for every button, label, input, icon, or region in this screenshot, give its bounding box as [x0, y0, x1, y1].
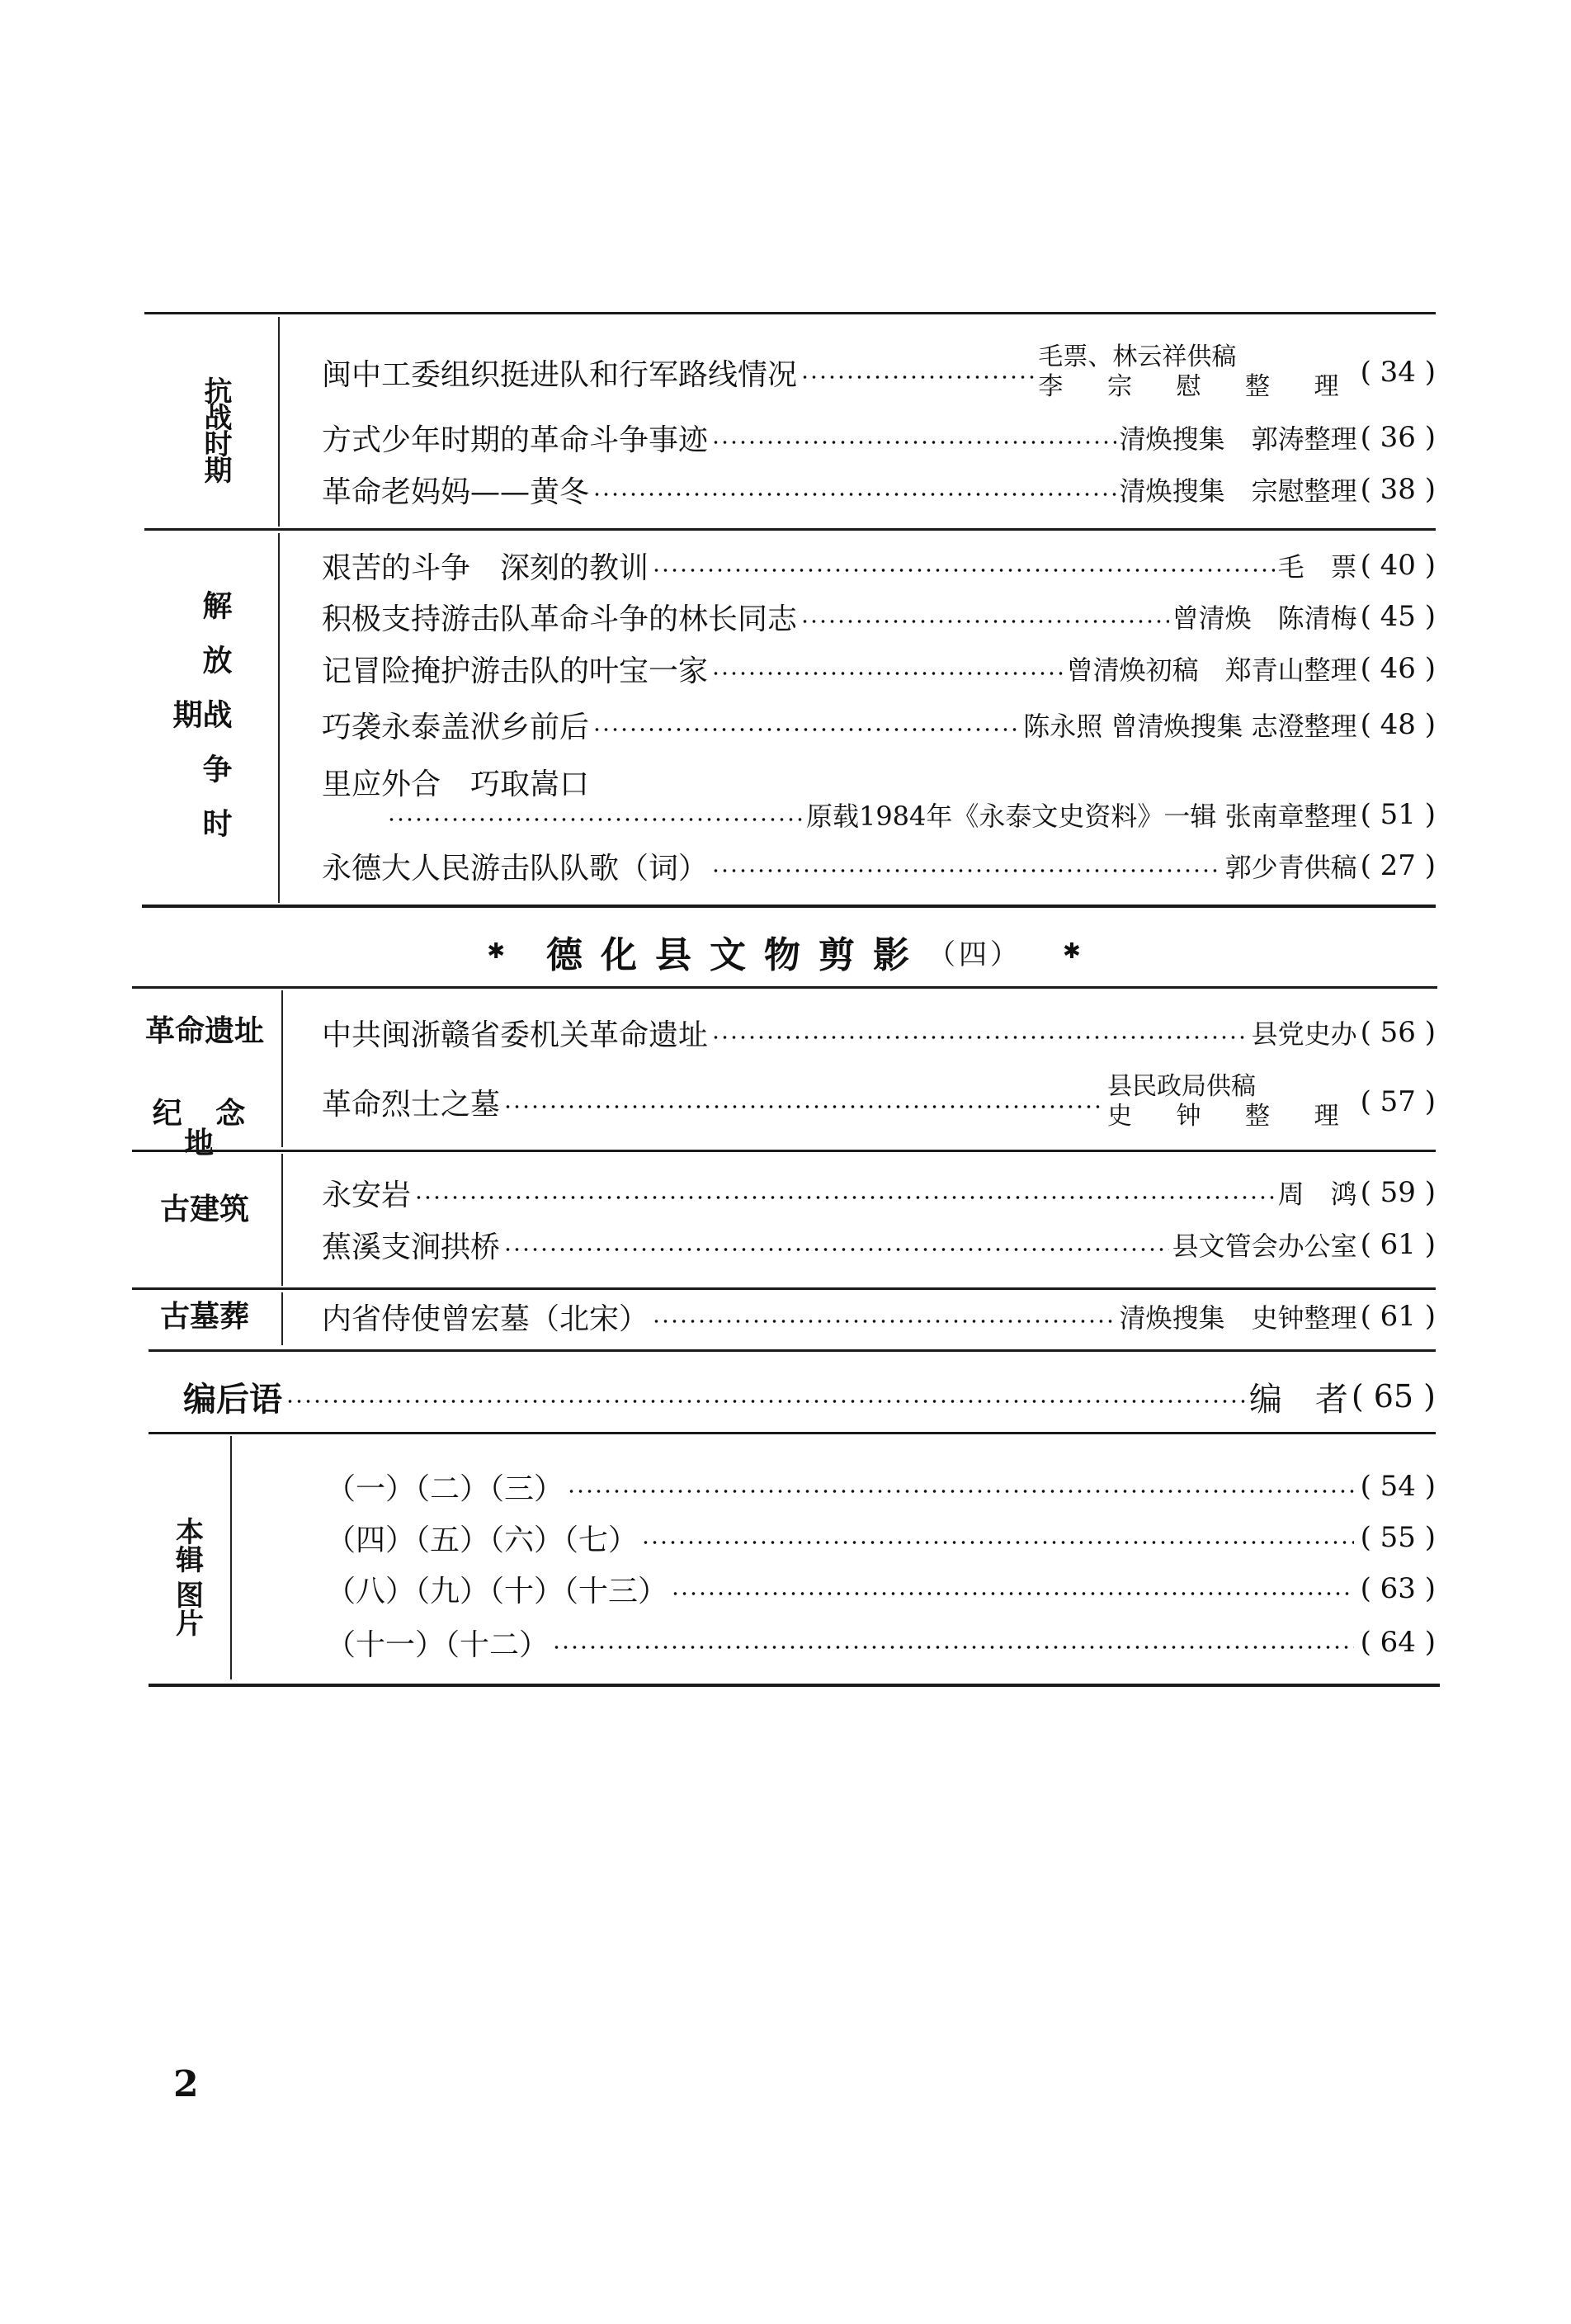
- page-number: ( 27 ): [1361, 849, 1436, 882]
- section-rule: [149, 1349, 1436, 1352]
- entry-author: 清焕搜集 史钟整理: [1120, 1297, 1357, 1335]
- category-pictures-line1: 本 辑: [149, 1519, 231, 1575]
- banner-title: 德化县文物剪影: [546, 925, 927, 978]
- page-number: ( 63 ): [1361, 1572, 1436, 1605]
- dot-leader: [652, 568, 1275, 573]
- dot-leader: [800, 375, 1035, 380]
- banner-rule: [132, 986, 1437, 989]
- toc-entry-afterword[interactable]: 编后语 编 者 ( 65 ): [183, 1373, 1436, 1419]
- entry-author: 原载1984年《永泰文史资料》一辑 张南章整理: [806, 796, 1357, 834]
- toc-entry[interactable]: 艰苦的斗争 深刻的教训 毛 票 ( 40 ): [322, 545, 1436, 586]
- relics-banner: ✱ 德化县文物剪影 （四） ✱: [413, 923, 1155, 980]
- entry-title: 积极支持游击队革命斗争的林长同志: [322, 596, 797, 638]
- dot-leader: [711, 868, 1222, 873]
- section-rule: [144, 528, 1436, 531]
- dot-leader: [592, 727, 1020, 732]
- page-number: ( 45 ): [1361, 600, 1436, 633]
- dot-leader: [671, 1591, 1354, 1596]
- section-rule: [132, 1150, 1436, 1152]
- toc-entry[interactable]: 革命老妈妈——黄冬 清焕搜集 宗慰整理 ( 38 ): [322, 469, 1436, 510]
- page-number: ( 61 ): [1361, 1300, 1436, 1333]
- entry-title: 永德大人民游击队队歌（词）: [322, 845, 708, 887]
- dot-leader: [711, 440, 1116, 445]
- toc-entry[interactable]: （一）（二）（三） ( 54 ): [326, 1466, 1436, 1507]
- dot-leader: [641, 1540, 1354, 1545]
- entry-title: （四）（五）（六）（七）: [326, 1517, 638, 1559]
- entry-author: 县民政局供稿 史 钟 整 理: [1107, 1072, 1357, 1131]
- section-rule: [149, 1432, 1436, 1434]
- entry-author: 编 者: [1249, 1373, 1348, 1420]
- dot-leader: [711, 1035, 1248, 1040]
- page-number-footer: 2: [173, 2063, 199, 2105]
- entry-title: 革命老妈妈——黄冬: [322, 469, 589, 511]
- entry-title: 永安岩: [322, 1172, 411, 1214]
- page-number: ( 38 ): [1361, 473, 1436, 506]
- dot-leader: [652, 1319, 1116, 1324]
- dot-leader: [503, 1104, 1104, 1109]
- page-number: ( 55 ): [1361, 1521, 1436, 1554]
- entry-author: 曾清焕 陈清梅: [1172, 598, 1357, 635]
- entry-author: 毛票、林云祥供稿 李 宗 慰 整 理: [1038, 342, 1356, 402]
- toc-entry[interactable]: 方式少年时期的革命斗争事迹 清焕搜集 郭涛整理 ( 36 ): [322, 417, 1436, 458]
- entry-author: 清焕搜集 郭涛整理: [1120, 418, 1357, 456]
- entry-title: 艰苦的斗争 深刻的教训: [322, 545, 649, 587]
- entry-title: 编后语: [183, 1373, 282, 1420]
- page-number: ( 59 ): [1361, 1176, 1436, 1209]
- section-divider: [281, 990, 283, 1147]
- section-divider: [281, 1292, 283, 1345]
- entry-author: 毛 票: [1278, 546, 1357, 584]
- toc-entry[interactable]: （四）（五）（六）（七） ( 55 ): [326, 1517, 1436, 1558]
- top-rule: [144, 312, 1436, 314]
- entry-title: 中共闽浙赣省委机关革命遗址: [322, 1012, 708, 1054]
- entry-author: 陈永照 曾清焕搜集 志澄整理: [1023, 706, 1356, 744]
- entry-title: 内省侍使曾宏墓（北宋）: [322, 1296, 649, 1338]
- entry-author: 县党史办: [1252, 1013, 1357, 1051]
- page-number: ( 61 ): [1361, 1228, 1436, 1261]
- toc-entry[interactable]: （十一）（十二） ( 64 ): [326, 1622, 1436, 1663]
- page-number: ( 54 ): [1361, 1470, 1436, 1503]
- page-number: ( 46 ): [1361, 652, 1436, 685]
- toc-entry[interactable]: 内省侍使曾宏墓（北宋） 清焕搜集 史钟整理 ( 61 ): [322, 1296, 1436, 1337]
- entry-title: 巧袭永泰盖洑乡前后: [322, 704, 589, 746]
- toc-entry[interactable]: 中共闽浙赣省委机关革命遗址 县党史办 ( 56 ): [322, 1012, 1436, 1053]
- entry-author: 周 鸿: [1278, 1174, 1357, 1212]
- toc-entry[interactable]: 记冒险掩护游击队的叶宝一家 曾清焕初稿 郑青山整理 ( 46 ): [322, 648, 1436, 689]
- section-rule: [132, 1287, 1436, 1290]
- category-pictures-line2: 图 片: [149, 1582, 231, 1638]
- page-number: ( 57 ): [1361, 1085, 1436, 1118]
- page-number: ( 48 ): [1361, 708, 1436, 741]
- page-number: ( 36 ): [1361, 421, 1436, 454]
- entry-title: 闽中工委组织挺进队和行军路线情况: [322, 352, 797, 394]
- category-anti-japanese-war: 抗战时期: [188, 347, 229, 512]
- section-rule: [142, 905, 1436, 908]
- toc-entry[interactable]: 革命烈士之墓 县民政局供稿 史 钟 整 理 ( 57 ): [322, 1073, 1436, 1131]
- page-number: ( 34 ): [1361, 356, 1436, 389]
- dot-leader: [800, 619, 1169, 624]
- category-liberation-war: 解放战争时期: [188, 565, 229, 887]
- page-number: ( 56 ): [1361, 1016, 1436, 1049]
- entry-author: 曾清焕初稿 郑青山整理: [1067, 649, 1357, 687]
- dot-leader: [552, 1645, 1354, 1650]
- toc-entry[interactable]: 积极支持游击队革命斗争的林长同志 曾清焕 陈清梅 ( 45 ): [322, 596, 1436, 637]
- dot-leader: [711, 671, 1064, 676]
- entry-title: 方式少年时期的革命斗争事迹: [322, 417, 708, 459]
- star-icon: ✱: [1063, 939, 1081, 964]
- entry-title: 蕉溪支涧拱桥: [322, 1224, 500, 1266]
- page-number: ( 40 ): [1361, 549, 1436, 582]
- dot-leader: [414, 1195, 1275, 1200]
- toc-entry[interactable]: 巧袭永泰盖洑乡前后 陈永照 曾清焕搜集 志澄整理 ( 48 ): [322, 704, 1436, 745]
- toc-entry[interactable]: （八）（九）（十）（十三） ( 63 ): [326, 1568, 1436, 1609]
- entry-author: 清焕搜集 宗慰整理: [1120, 470, 1357, 508]
- entry-title: 记冒险掩护游击队的叶宝一家: [322, 648, 708, 690]
- section-divider: [278, 533, 280, 903]
- page-number: ( 64 ): [1361, 1626, 1436, 1659]
- entry-author: 郭少青供稿: [1225, 847, 1357, 885]
- toc-entry-leader-line[interactable]: 原载1984年《永泰文史资料》一辑 张南章整理 ( 51 ): [384, 794, 1436, 835]
- toc-entry[interactable]: 闽中工委组织挺进队和行军路线情况 毛票、林云祥供稿 李 宗 慰 整 理 ( 34…: [322, 347, 1436, 398]
- dot-leader: [285, 1399, 1246, 1404]
- entry-title: （十一）（十二）: [326, 1622, 549, 1664]
- dot-leader: [567, 1489, 1354, 1494]
- banner-subtitle: （四）: [927, 932, 1021, 972]
- entry-title: （一）（二）（三）: [326, 1466, 564, 1508]
- toc-entry[interactable]: 永安岩 周 鸿 ( 59 ): [322, 1172, 1436, 1213]
- entry-title: 革命烈士之墓: [322, 1081, 500, 1123]
- entry-title: （八）（九）（十）（十三）: [326, 1568, 668, 1610]
- section-divider: [278, 317, 280, 527]
- dot-leader: [387, 817, 803, 822]
- dot-leader: [503, 1247, 1169, 1252]
- page-number: ( 51 ): [1361, 798, 1436, 831]
- entry-author: 县文管会办公室: [1172, 1226, 1357, 1264]
- page-number: ( 65 ): [1352, 1378, 1436, 1415]
- bottom-rule: [149, 1684, 1440, 1687]
- dot-leader: [592, 492, 1116, 497]
- category-ancient-architecture: 古建筑: [130, 1195, 279, 1225]
- category-revolutionary-sites: 革命遗址: [130, 1017, 279, 1046]
- toc-entry[interactable]: 永德大人民游击队队歌（词） 郭少青供稿 ( 27 ): [322, 845, 1436, 886]
- toc-entry[interactable]: 蕉溪支涧拱桥 县文管会办公室 ( 61 ): [322, 1224, 1436, 1265]
- category-ancient-tombs: 古墓葬: [130, 1302, 279, 1332]
- star-icon: ✱: [487, 939, 505, 964]
- section-divider: [281, 1154, 283, 1286]
